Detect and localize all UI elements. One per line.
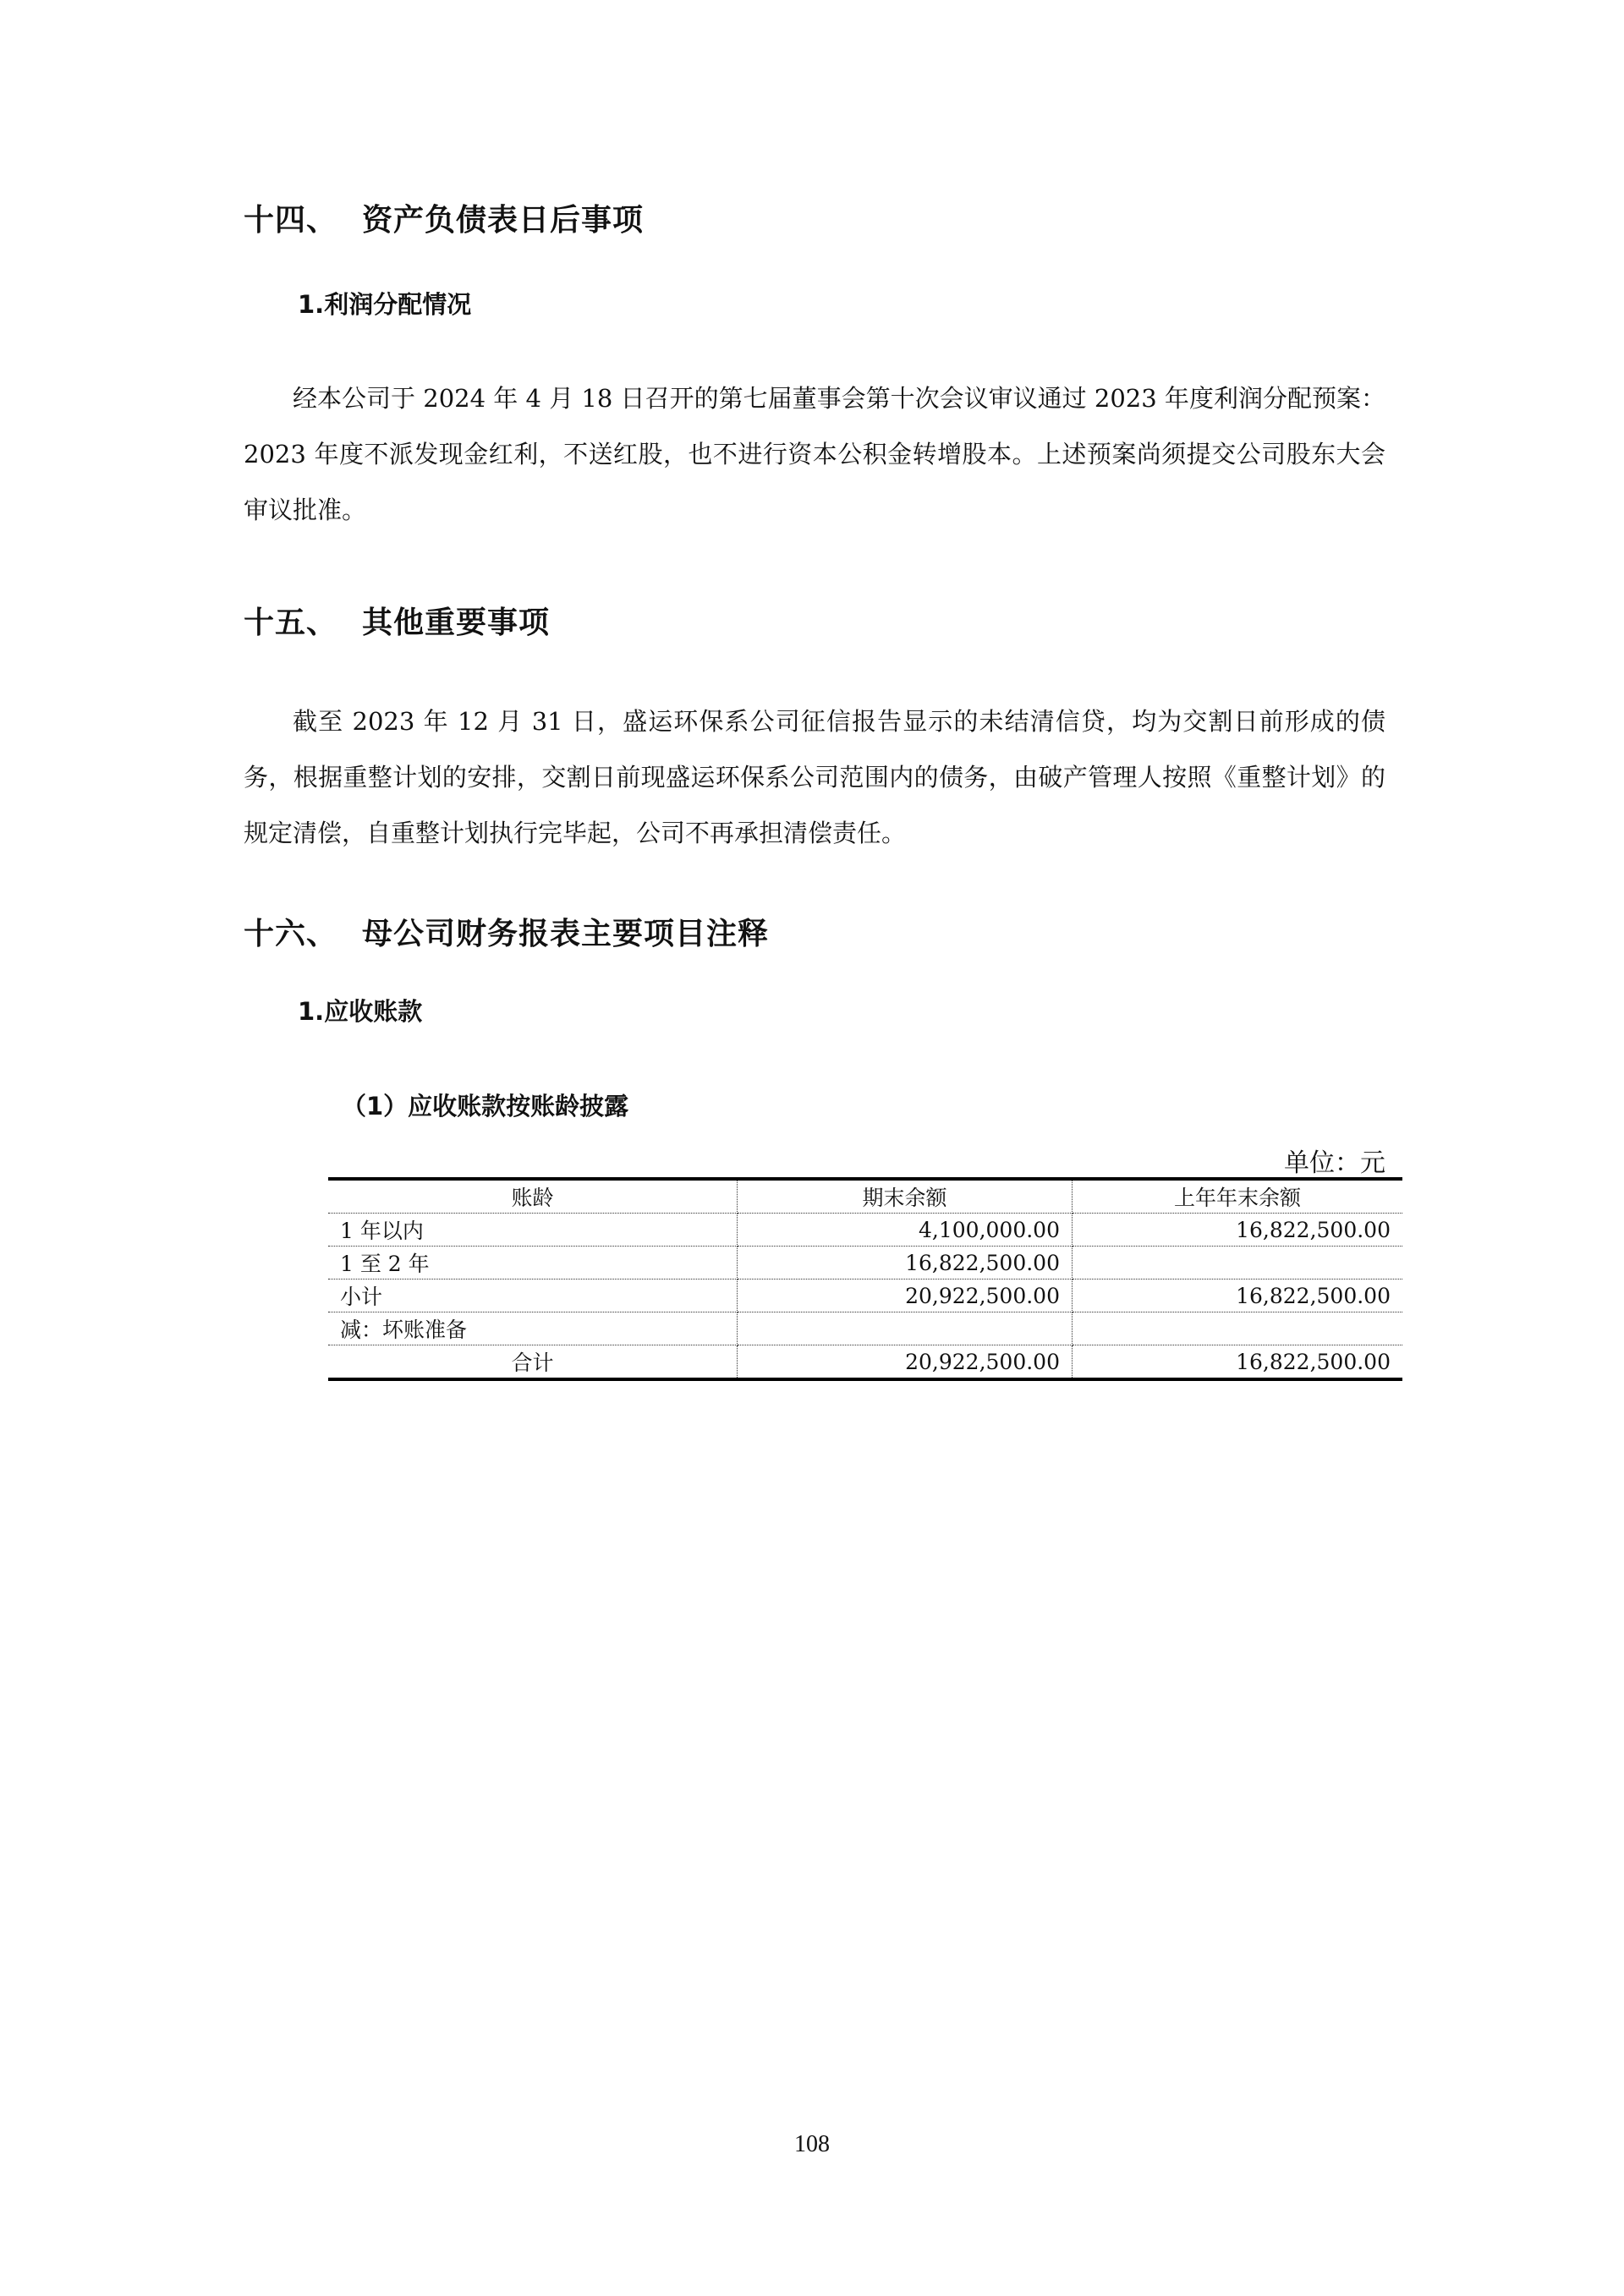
section-number: 十四、	[244, 196, 362, 239]
receivables-aging-table: 账龄 期末余额 上年年末余额 1 年以内 4,100,000.00 16,822…	[328, 1177, 1402, 1381]
section-title: 其他重要事项	[362, 606, 550, 640]
cell-aging: 减：坏账准备	[328, 1312, 738, 1345]
cell-prior: 16,822,500.00	[1073, 1214, 1403, 1247]
header-prior-year-balance: 上年年末余额	[1073, 1179, 1403, 1214]
cell-ending: 20,922,500.00	[738, 1345, 1073, 1380]
section-16-heading: 十六、母公司财务报表主要项目注释	[244, 910, 769, 953]
table-total-row: 合计 20,922,500.00 16,822,500.00	[328, 1345, 1402, 1380]
cell-ending	[738, 1312, 1073, 1345]
section-number: 十五、	[244, 599, 362, 642]
cell-ending: 4,100,000.00	[738, 1214, 1073, 1247]
cell-ending: 16,822,500.00	[738, 1247, 1073, 1280]
cell-prior: 16,822,500.00	[1073, 1345, 1403, 1380]
cell-aging: 合计	[328, 1345, 738, 1380]
paragraph-other-matters: 截至 2023 年 12 月 31 日，盛运环保系公司征信报告显示的未结清信贷，…	[244, 693, 1385, 861]
section-15-heading: 十五、其他重要事项	[244, 599, 550, 642]
section-title: 母公司财务报表主要项目注释	[362, 917, 769, 951]
table-row: 1 年以内 4,100,000.00 16,822,500.00	[328, 1214, 1402, 1247]
cell-prior: 16,822,500.00	[1073, 1280, 1403, 1312]
table-row: 小计 20,922,500.00 16,822,500.00	[328, 1280, 1402, 1312]
subsubsection-heading-aging: （1）应收账款按账龄披露	[342, 1088, 628, 1122]
subsection-heading-receivables: 1.应收账款	[298, 993, 422, 1027]
table-header-row: 账龄 期末余额 上年年末余额	[328, 1179, 1402, 1214]
cell-aging: 1 年以内	[328, 1214, 738, 1247]
section-14-heading: 十四、资产负债表日后事项	[244, 196, 644, 239]
cell-aging: 小计	[328, 1280, 738, 1312]
cell-prior	[1073, 1247, 1403, 1280]
paragraph-profit-distribution: 经本公司于 2024 年 4 月 18 日召开的第七届董事会第十次会议审议通过 …	[244, 370, 1385, 538]
page-number: 108	[0, 2131, 1624, 2158]
section-number: 十六、	[244, 910, 362, 953]
cell-ending: 20,922,500.00	[738, 1280, 1073, 1312]
subsection-heading-profit-distribution: 1.利润分配情况	[298, 286, 471, 321]
cell-prior	[1073, 1312, 1403, 1345]
table-row: 1 至 2 年 16,822,500.00	[328, 1247, 1402, 1280]
table-row: 减：坏账准备	[328, 1312, 1402, 1345]
header-aging: 账龄	[328, 1179, 738, 1214]
section-title: 资产负债表日后事项	[362, 203, 644, 238]
cell-aging: 1 至 2 年	[328, 1247, 738, 1280]
header-ending-balance: 期末余额	[738, 1179, 1073, 1214]
unit-label: 单位：元	[1284, 1142, 1385, 1179]
